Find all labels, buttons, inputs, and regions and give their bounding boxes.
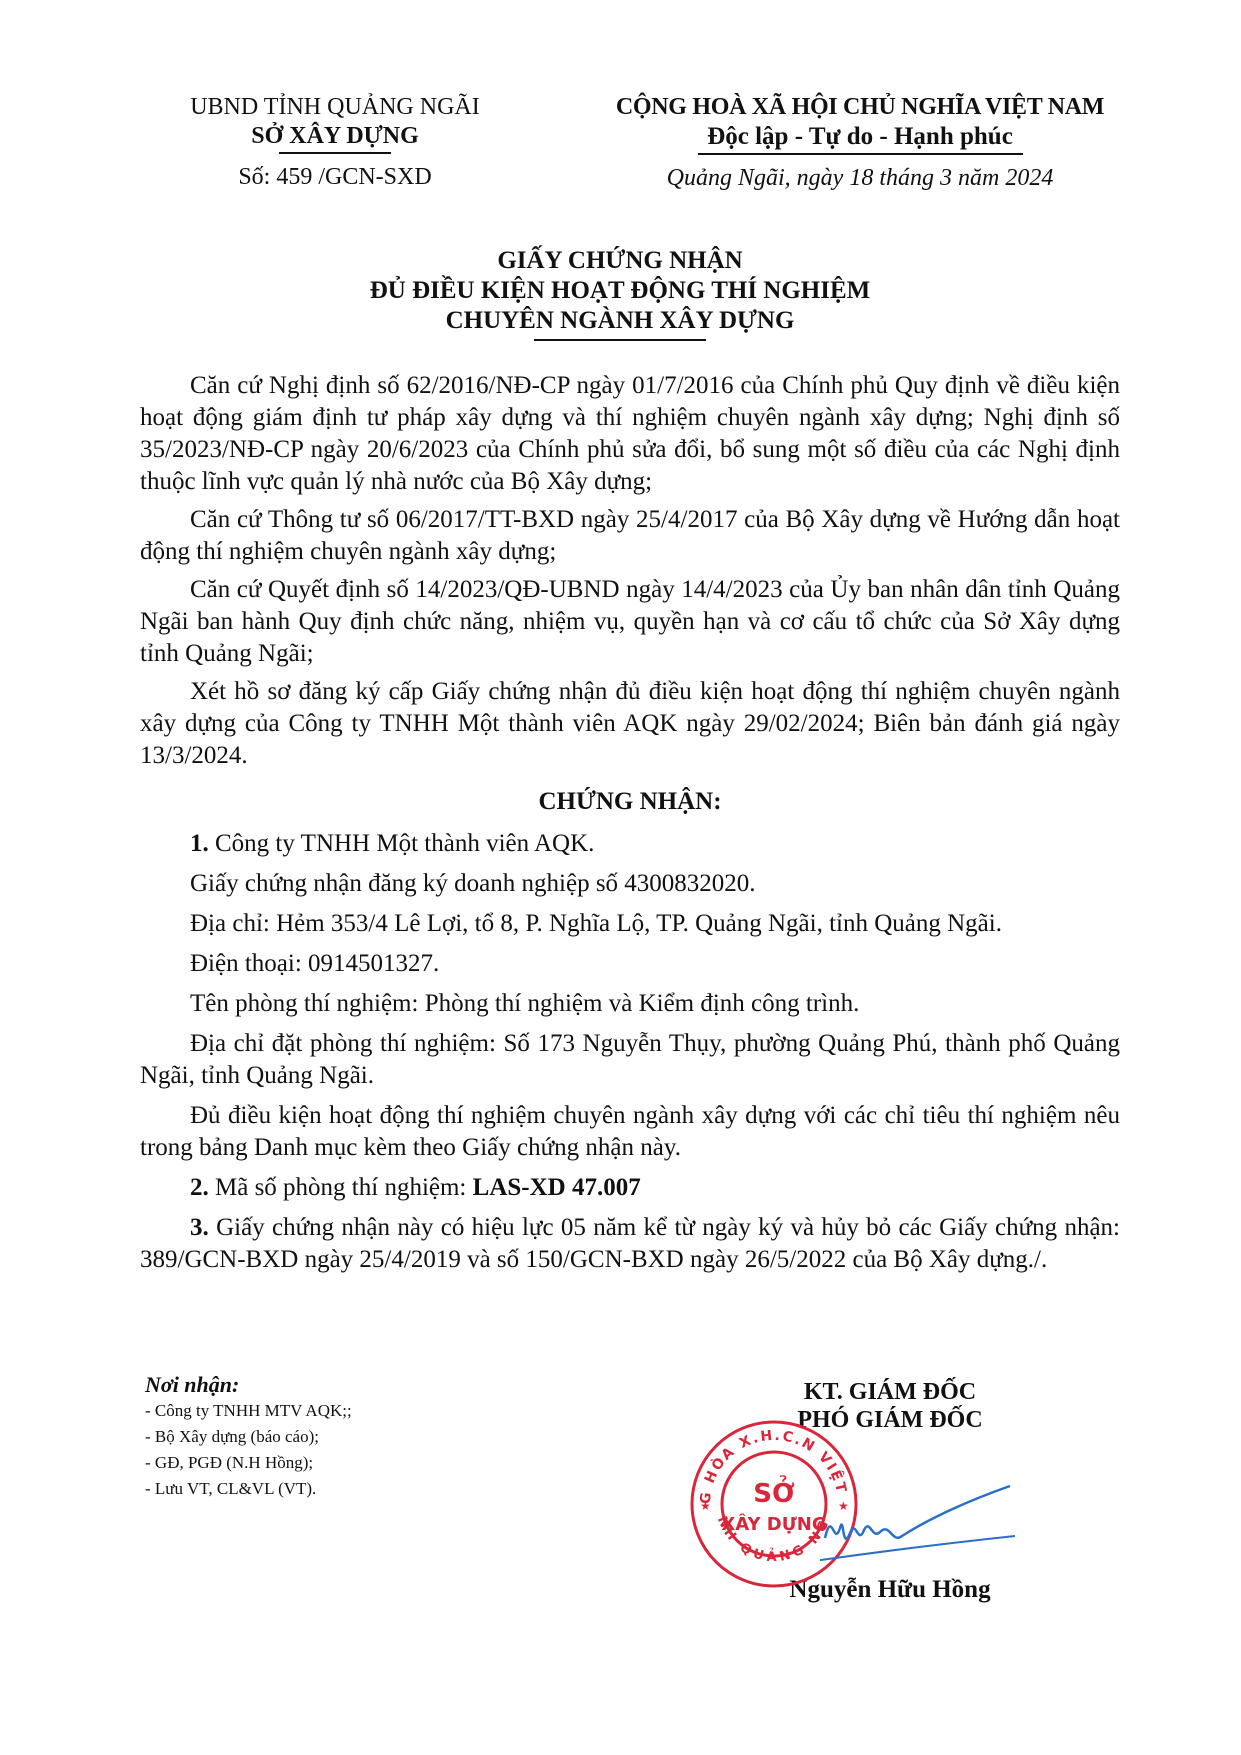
recipient-item: - Công ty TNHH MTV AQK;;: [145, 1398, 505, 1424]
recipient-item: - GĐ, PGĐ (N.H Hồng);: [145, 1450, 505, 1476]
lab-name: Tên phòng thí nghiệm: Phòng thí nghiệm v…: [140, 988, 1120, 1020]
document-number: Số: 459 /GCN-SXD: [150, 162, 520, 192]
company-phone: Điện thoại: 0914501327.: [140, 948, 1120, 980]
item-2-lab-code: 2. Mã số phòng thí nghiệm: LAS-XD 47.007: [140, 1172, 1120, 1204]
business-registration: Giấy chứng nhận đăng ký doanh nghiệp số …: [140, 868, 1120, 900]
lab-address: Địa chỉ đặt phòng thí nghiệm: Số 173 Ngu…: [140, 1028, 1120, 1092]
recipient-item: - Bộ Xây dựng (báo cáo);: [145, 1424, 505, 1450]
recipient-item: - Lưu VT, CL&VL (VT).: [145, 1476, 505, 1502]
handwritten-signature-icon: [820, 1478, 1020, 1568]
preamble-paragraph: Căn cứ Thông tư số 06/2017/TT-BXD ngày 2…: [140, 504, 1120, 568]
place-date: Quảng Ngãi, ngày 18 tháng 3 năm 2024: [580, 163, 1140, 193]
authority-name: UBND TỈNH QUẢNG NGÃI: [150, 92, 520, 122]
signer-title-1: KT. GIÁM ĐỐC: [690, 1378, 1090, 1406]
item-2-number: 2.: [190, 1174, 209, 1201]
item-3-validity: 3. Giấy chứng nhận này có hiệu lực 05 nă…: [140, 1212, 1120, 1276]
stamp-center-line-2: XÂY DỰNG: [721, 1513, 826, 1535]
issuing-authority-block: UBND TỈNH QUẢNG NGÃI SỞ XÂY DỰNG Số: 459…: [150, 92, 520, 192]
motto-underline: [698, 153, 1023, 155]
document-title: GIẤY CHỨNG NHẬN ĐỦ ĐIỀU KIỆN HOẠT ĐỘNG T…: [120, 246, 1120, 341]
national-motto: Độc lập - Tự do - Hạnh phúc: [580, 122, 1140, 152]
company-name: Công ty TNHH Một thành viên AQK.: [215, 830, 594, 857]
lab-code-label: Mã số phòng thí nghiệm:: [215, 1174, 473, 1201]
item-3-number: 3.: [190, 1214, 209, 1241]
certify-heading: CHỨNG NHẬN:: [140, 786, 1120, 818]
company-address: Địa chỉ: Hẻm 353/4 Lê Lợi, tổ 8, P. Nghĩ…: [140, 908, 1120, 940]
qualification-statement: Đủ điều kiện hoạt động thí nghiệm chuyên…: [140, 1100, 1120, 1164]
preamble-paragraph: Căn cứ Nghị định số 62/2016/NĐ-CP ngày 0…: [140, 370, 1120, 498]
national-title: CỘNG HOÀ XÃ HỘI CHỦ NGHĨA VIỆT NAM: [580, 92, 1140, 122]
department-underline: [279, 152, 391, 154]
title-line-3: CHUYÊN NGÀNH XÂY DỰNG: [120, 306, 1120, 336]
preamble-paragraph: Xét hồ sơ đăng ký cấp Giấy chứng nhận đủ…: [140, 676, 1120, 772]
title-line-1: GIẤY CHỨNG NHẬN: [120, 246, 1120, 276]
svg-text:★: ★: [700, 1499, 711, 1513]
department-name: SỞ XÂY DỰNG: [150, 122, 520, 150]
recipients-title: Nơi nhận:: [145, 1372, 505, 1398]
stamp-center-line-1: SỞ: [753, 1473, 795, 1509]
national-header-block: CỘNG HOÀ XÃ HỘI CHỦ NGHĨA VIỆT NAM Độc l…: [580, 92, 1140, 193]
validity-text: Giấy chứng nhận này có hiệu lực 05 năm k…: [140, 1214, 1120, 1273]
recipients-block: Nơi nhận: - Công ty TNHH MTV AQK;; - Bộ …: [145, 1372, 505, 1502]
document-body: Căn cứ Nghị định số 62/2016/NĐ-CP ngày 0…: [140, 370, 1120, 1284]
lab-code-value: LAS-XD 47.007: [473, 1174, 641, 1201]
title-line-2: ĐỦ ĐIỀU KIỆN HOẠT ĐỘNG THÍ NGHIỆM: [120, 276, 1120, 306]
title-underline: [534, 339, 706, 341]
preamble-paragraph: Căn cứ Quyết định số 14/2023/QĐ-UBND ngà…: [140, 574, 1120, 670]
item-1-company: 1. Công ty TNHH Một thành viên AQK.: [140, 828, 1120, 860]
item-1-number: 1.: [190, 830, 209, 857]
